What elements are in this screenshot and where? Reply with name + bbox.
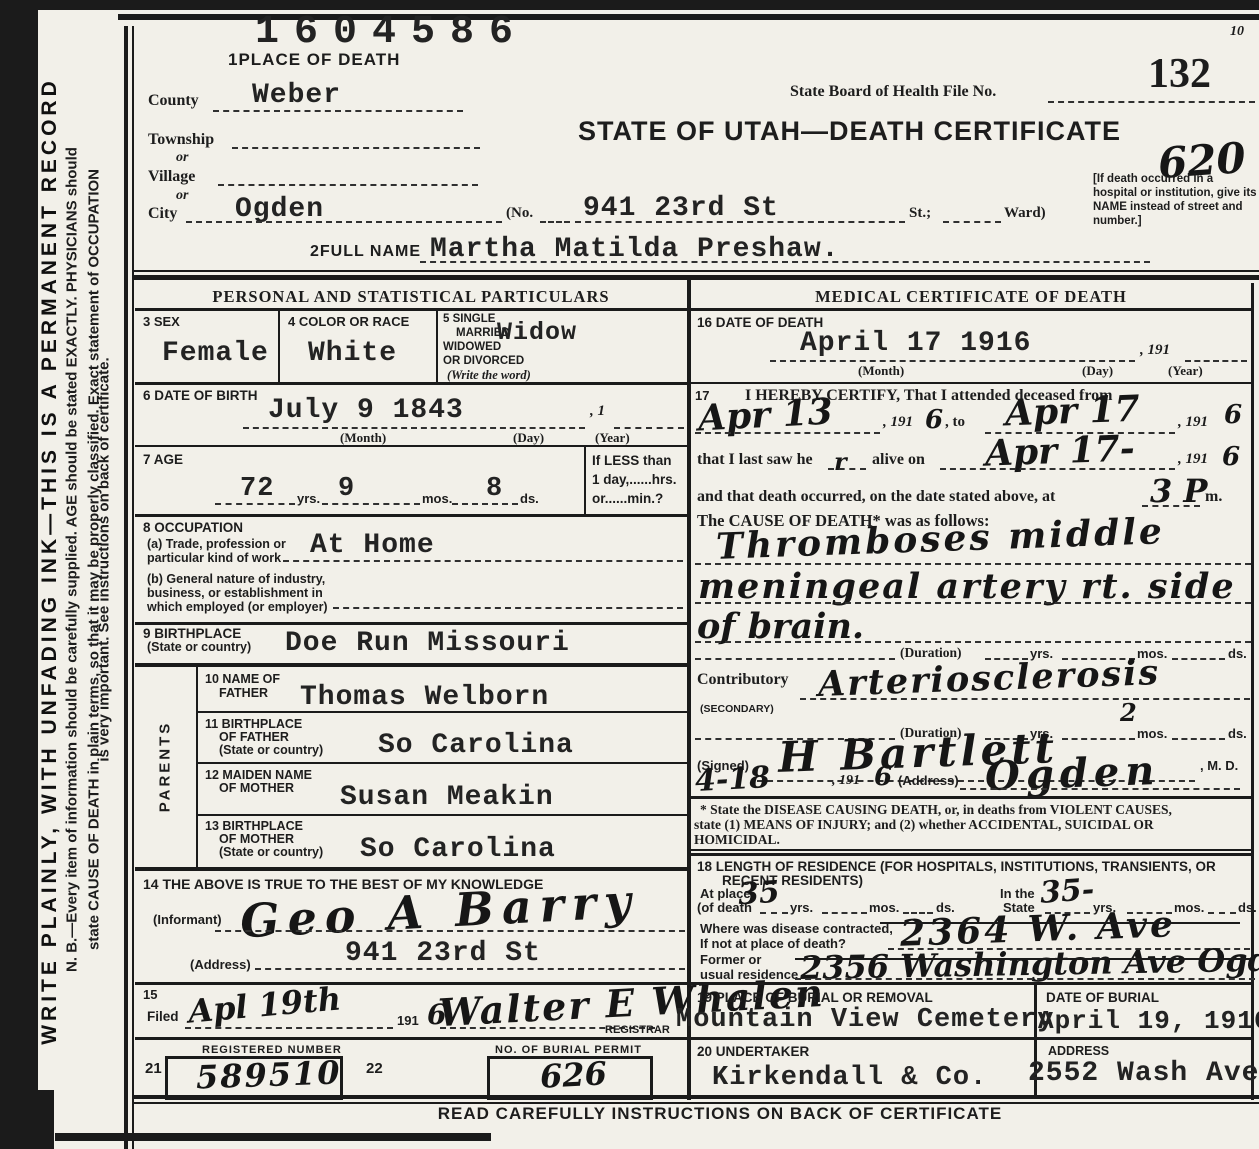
parents-label: PARENTS xyxy=(157,707,174,827)
dob-label: 6 DATE OF BIRTH xyxy=(143,388,258,403)
footer-instructions: READ CAREFULLY INSTRUCTIONS ON BACK OF C… xyxy=(380,1104,1060,1124)
top-scan-bar xyxy=(0,0,1259,10)
age-mos-label: mos. xyxy=(422,491,452,506)
mother-bp-label-3: (State or country) xyxy=(219,845,323,859)
instate-ds: ds. xyxy=(1238,900,1257,915)
left-scan-strip xyxy=(0,0,38,1149)
atplace-mos: mos. xyxy=(869,900,899,915)
medical-header: MEDICAL CERTIFICATE OF DEATH xyxy=(691,287,1251,307)
saw-label: that I last saw he xyxy=(697,451,813,469)
age-line-1 xyxy=(215,503,295,505)
sign-y191: , 191 xyxy=(832,773,860,789)
informant-line xyxy=(215,930,685,932)
residence-bottom xyxy=(691,982,1251,985)
filed-bottom xyxy=(135,1037,687,1040)
saw-line-2 xyxy=(940,468,1175,470)
occupation-b-line xyxy=(333,607,683,609)
burial-place-label: 19 PLACE OF BURIAL OR REMOVAL xyxy=(697,990,933,1005)
age-months-value: 9 xyxy=(338,474,355,504)
county-line xyxy=(213,110,463,112)
burial-permit-value: 626 xyxy=(539,1054,608,1095)
time-m-label: m. xyxy=(1205,488,1222,506)
informant-address-label: (Address) xyxy=(190,957,251,972)
occupation-b-line1: (b) General nature of industry, xyxy=(147,572,325,586)
certificate-title: STATE OF UTAH—DEATH CERTIFICATE xyxy=(578,116,1121,147)
ward-label: Ward) xyxy=(1004,205,1046,222)
dod-year-prefix: , 191 xyxy=(1140,342,1170,359)
marital-label-3: WIDOWED xyxy=(443,341,501,353)
medical-header-rule xyxy=(691,308,1251,311)
certify-from-year-hw: 6 xyxy=(925,405,943,435)
occupation-a-value: At Home xyxy=(310,530,435,561)
informant-label: (Informant) xyxy=(153,912,222,927)
file-no-line xyxy=(1048,101,1255,103)
occupation-a-line2: particular kind of work xyxy=(147,551,281,565)
informant-address-value: 941 23rd St xyxy=(345,938,541,969)
personal-header-rule xyxy=(135,308,687,311)
place-of-death-heading: 1PLACE OF DEATH xyxy=(228,50,400,70)
dob-day-cap: (Day) xyxy=(513,430,544,446)
county-value: Weber xyxy=(252,80,341,111)
sign-date-hw: 4-18 xyxy=(694,760,771,799)
registered-number-no: 21 xyxy=(145,1060,162,1077)
dob-year-prefix: , 1 xyxy=(590,403,605,420)
residence-label-1: 18 LENGTH OF RESIDENCE (FOR HOSPITALS, I… xyxy=(697,859,1216,874)
saw-y191c: , 191 xyxy=(1178,451,1208,468)
saw-line-1 xyxy=(828,468,866,470)
parents-bottom xyxy=(135,867,687,871)
birthplace-label: 9 BIRTHPLACE xyxy=(143,626,241,641)
city-line xyxy=(186,221,502,223)
instate-hw: 35- xyxy=(1039,872,1096,911)
table-top-rule2 xyxy=(133,275,1259,280)
township-line xyxy=(232,147,480,149)
marital-write-word: (Write the word) xyxy=(447,368,531,383)
atplace-yrs: yrs. xyxy=(790,900,813,915)
footnote-bottom-rule2 xyxy=(691,853,1251,856)
filed-line-1 xyxy=(185,1027,393,1029)
contracted-solid-line xyxy=(880,922,1240,924)
duration2-line-3 xyxy=(1172,738,1225,740)
occupation-row-bottom xyxy=(135,622,687,625)
age-line-3 xyxy=(452,503,518,505)
certify-y191a: , 191 xyxy=(883,414,913,431)
burial-row-bottom xyxy=(691,1037,1251,1040)
dob-value: July 9 1843 xyxy=(268,395,464,426)
footnote-top-rule xyxy=(691,796,1251,799)
or-2: or xyxy=(176,188,188,204)
undertaker-label: 20 UNDERTAKER xyxy=(697,1044,809,1059)
mother-label-1: 12 MAIDEN NAME xyxy=(205,768,312,782)
mother-bp-value: So Carolina xyxy=(360,834,556,865)
father-bp-label-3: (State or country) xyxy=(219,743,323,757)
footnote-line3: HOMICIDAL. xyxy=(694,832,780,848)
full-name-label: 2FULL NAME xyxy=(310,243,421,261)
sidebar-strip-text: WRITE PLAINLY, WITH UNFADING INK—THIS IS… xyxy=(38,36,62,1086)
age-days-value: 8 xyxy=(486,474,503,504)
atplace-line-1 xyxy=(760,912,788,914)
dob-month-cap: (Month) xyxy=(340,430,386,446)
father-bp-label-2: OF FATHER xyxy=(219,730,289,744)
dod-year-line xyxy=(1185,360,1247,362)
less-than-line2: 1 day,......hrs. xyxy=(592,472,677,487)
sidebar-note-line1: N. B.—Every item of information should b… xyxy=(64,40,81,1080)
birthplace-value: Doe Run Missouri xyxy=(285,628,570,659)
father-bp-label-1: 11 BIRTHPLACE xyxy=(205,717,302,731)
former-label-1: Former or xyxy=(700,952,761,967)
filed-date-handwritten: Apl 19th xyxy=(187,979,343,1030)
doc-left-border-outer xyxy=(124,26,128,1149)
sex-label: 3 SEX xyxy=(143,314,180,329)
certify-to-year-hw: 6 xyxy=(1224,400,1242,430)
table-top-rule1 xyxy=(133,270,1259,272)
sign-year-hw: 6 xyxy=(874,762,892,792)
father-label-1: 10 NAME OF xyxy=(205,672,280,686)
age-years-value: 72 xyxy=(240,474,274,504)
or-1: or xyxy=(176,150,188,166)
personal-header: PERSONAL AND STATISTICAL PARTICULARS xyxy=(135,287,687,307)
marital-value: Widow xyxy=(497,318,577,347)
occurred-label: and that death occurred, on the date sta… xyxy=(697,488,1055,506)
saw-r-hw: r xyxy=(834,447,847,476)
filed-word: Filed xyxy=(147,1009,179,1024)
dod-day-cap: (Day) xyxy=(1082,363,1113,379)
cause-line-3 xyxy=(695,641,1251,643)
dod-row-bottom xyxy=(691,382,1251,384)
duration1-ds: ds. xyxy=(1228,646,1247,661)
cause-line-2 xyxy=(695,602,1251,604)
street-value: 941 23rd St xyxy=(583,193,779,224)
age-line-2 xyxy=(322,503,420,505)
contributory-label: Contributory xyxy=(697,671,789,689)
hospital-note: [If death occurred in a hospital or inst… xyxy=(1093,172,1257,228)
filed-year-printed: 191 xyxy=(397,1013,419,1028)
father-bp-value: So Carolina xyxy=(378,730,574,761)
less-than-line1: If LESS than xyxy=(592,453,672,468)
bottom-rule xyxy=(55,1133,491,1141)
city-label: City xyxy=(148,205,177,223)
burial-place-value: Mountain View Cemetery xyxy=(676,1005,1054,1035)
footnote-line1: * State the DISEASE CAUSING DEATH, or, i… xyxy=(700,802,1172,818)
duration2-ds: ds. xyxy=(1228,726,1247,741)
duration2-line-2 xyxy=(1062,738,1135,740)
corner-note: 10 xyxy=(1230,24,1244,40)
race-value: White xyxy=(308,338,397,369)
age-row-bottom xyxy=(135,514,687,517)
duration1-line-3 xyxy=(1172,658,1225,660)
race-label: 4 COLOR OR RACE xyxy=(288,314,409,329)
alive-label: alive on xyxy=(872,451,925,469)
parents-rule-3 xyxy=(196,814,687,816)
street-no-label: (No. xyxy=(506,205,533,222)
certify-y191b: , 191 xyxy=(1178,414,1208,431)
township-label: Township xyxy=(148,131,214,149)
contrib-mos-hw: 2 xyxy=(1120,698,1137,727)
occupation-label: 8 OCCUPATION xyxy=(143,520,243,535)
occupation-a-line1: (a) Trade, profession or xyxy=(147,537,286,551)
parents-rule-1 xyxy=(196,711,687,713)
burial-date-label: DATE OF BURIAL xyxy=(1046,990,1159,1005)
sign-address-hw: Ogden xyxy=(984,747,1161,800)
undertaker-address-value: 2552 Wash Ave xyxy=(1028,1058,1259,1089)
mother-bp-label-1: 13 BIRTHPLACE xyxy=(205,819,303,833)
serial-number: 1604586 xyxy=(255,10,528,55)
birthplace-row-bottom xyxy=(135,663,687,667)
cause-line-1 xyxy=(695,563,1251,565)
contributory-line xyxy=(800,698,1250,700)
age-yrs-label: yrs. xyxy=(297,491,320,506)
contracted-label-1: Where was disease contracted, xyxy=(700,921,893,936)
father-label-2: FATHER xyxy=(219,686,268,700)
sign-address-line xyxy=(960,788,1240,790)
occupation-a-line xyxy=(283,560,683,562)
parents-rule-2 xyxy=(196,762,687,764)
informant-address-line xyxy=(255,968,685,970)
instate-line-3 xyxy=(1208,912,1236,914)
footnote-line2: state (1) MEANS OF INJURY; and (2) wheth… xyxy=(694,817,1154,833)
burial-permit-no: 22 xyxy=(366,1060,383,1077)
atplace-line-2 xyxy=(822,912,867,914)
file-no-label: State Board of Health File No. xyxy=(790,83,996,101)
dod-year-cap: (Year) xyxy=(1168,363,1203,379)
parents-divider xyxy=(196,667,198,867)
dod-value: April 17 1916 xyxy=(800,328,1031,359)
race-marital-divider xyxy=(436,311,438,382)
dob-row-bottom xyxy=(135,445,687,447)
full-name-line xyxy=(420,261,1150,263)
age-less-divider xyxy=(584,447,586,514)
instate-mos: mos. xyxy=(1174,900,1204,915)
street-no-line xyxy=(540,221,570,223)
registered-number-value: 589510 xyxy=(195,1053,342,1096)
marital-label-4: OR DIVORCED xyxy=(443,355,524,367)
mother-bp-label-2: OF MOTHER xyxy=(219,832,294,846)
street-line xyxy=(575,221,905,223)
mother-label-2: OF MOTHER xyxy=(219,781,294,795)
certify-from-line xyxy=(695,432,880,434)
undertaker-address-label: ADDRESS xyxy=(1048,1044,1109,1058)
sex-race-divider xyxy=(278,311,280,382)
death-certificate-scan: WRITE PLAINLY, WITH UNFADING INK—THIS IS… xyxy=(0,0,1259,1149)
village-line xyxy=(218,184,478,186)
birthplace-sub: (State or country) xyxy=(147,640,251,654)
age-label: 7 AGE xyxy=(143,452,183,467)
st-label: St.; xyxy=(909,205,931,222)
mother-value: Susan Meakin xyxy=(340,782,554,813)
dod-line xyxy=(770,360,1135,362)
dob-year-cap: (Year) xyxy=(595,430,630,446)
certify-to-label: , to xyxy=(945,414,965,431)
secondary-label: (SECONDARY) xyxy=(700,703,774,715)
occupation-b-line3: which employed (or employer) xyxy=(147,600,328,614)
footnote-bottom-rule1 xyxy=(691,849,1251,851)
less-than-line3: or......min.? xyxy=(592,491,663,506)
file-no-value: 132 xyxy=(1148,50,1211,98)
dob-year-line xyxy=(614,427,684,429)
sex-value: Female xyxy=(162,338,269,369)
father-value: Thomas Welborn xyxy=(300,682,549,713)
dob-line xyxy=(243,427,585,429)
inthe-label-1: In the xyxy=(1000,886,1035,901)
former-line xyxy=(795,978,1255,980)
occupation-b-line2: business, or establishment in xyxy=(147,586,323,600)
duration1-line-0 xyxy=(695,658,895,660)
ward-line xyxy=(943,221,1001,223)
undertaker-value: Kirkendall & Co. xyxy=(712,1063,987,1093)
duration2-mos: mos. xyxy=(1137,726,1167,741)
village-label: Village xyxy=(148,168,195,186)
registrar-label: REGISTRAR xyxy=(605,1024,670,1036)
sign-address-label: (Address) xyxy=(898,773,959,788)
bottom-left-scan-mark xyxy=(0,1090,54,1149)
atplace-hw: 35 xyxy=(737,875,781,913)
filed-number: 15 xyxy=(143,987,157,1002)
cause-handwritten-2: meningeal artery rt. side xyxy=(698,566,1236,607)
marital-label-1: 5 SINGLE xyxy=(443,313,495,325)
dod-month-cap: (Month) xyxy=(858,363,904,379)
county-label: County xyxy=(148,92,199,110)
burial-permit-label: NO. OF BURIAL PERMIT xyxy=(495,1044,642,1056)
burial-date-value: April 19, 1916 xyxy=(1038,1006,1259,1036)
age-ds-label: ds. xyxy=(520,491,539,506)
former-solid-line xyxy=(795,958,1250,960)
former-label-2: usual residence xyxy=(700,967,798,982)
time-line xyxy=(1142,505,1200,507)
md-label: , M. D. xyxy=(1200,758,1238,773)
doc-left-border-inner xyxy=(132,26,134,1149)
saw-year-hw: 6 xyxy=(1222,442,1240,472)
sidebar-note-line3: is very important. See instructions on b… xyxy=(96,40,113,1080)
row1-bottom xyxy=(135,382,687,385)
